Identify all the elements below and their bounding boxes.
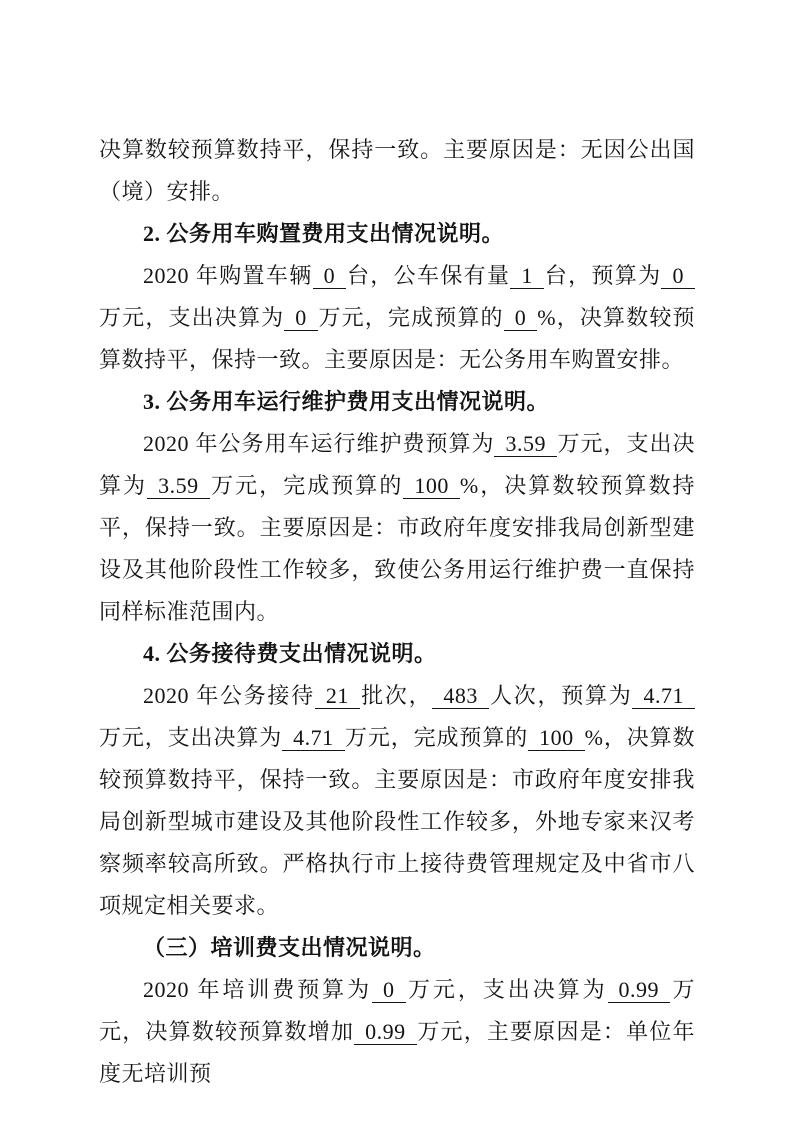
underlined-value: 100 <box>528 725 585 751</box>
underlined-value: 4.71 <box>282 725 345 751</box>
underlined-value: 3.59 <box>147 473 210 499</box>
underlined-value: 1 <box>510 263 544 289</box>
underlined-value: 0 <box>372 977 406 1003</box>
text-segment: 万元，支出决算为 <box>406 977 608 1002</box>
section-heading: 2. 公务用车购置费用支出情况说明。 <box>99 213 695 255</box>
text-segment: 万元，完成预算的 <box>318 305 504 330</box>
underlined-value: 3.59 <box>494 431 557 457</box>
section-heading: 3. 公务用车运行维护费用支出情况说明。 <box>99 381 695 423</box>
text-segment: （三）培训费支出情况说明。 <box>143 935 436 960</box>
underlined-value: 0 <box>661 263 695 289</box>
text-segment: 2020 年购置车辆 <box>143 263 313 288</box>
document-body: 决算数较预算数持平，保持一致。主要原因是：无因公出国（境）安排。2. 公务用车购… <box>99 129 695 1095</box>
text-segment: 台，公车保有量 <box>346 263 510 288</box>
body-paragraph: 2020 年公务用车运行维护费预算为3.59万元，支出决算为3.59万元，完成预… <box>99 423 695 633</box>
text-segment: 4. 公务接待费支出情况说明。 <box>143 641 437 666</box>
underlined-value: 21 <box>315 683 360 709</box>
text-segment: 万元，完成预算的 <box>210 473 404 498</box>
underlined-value: 100 <box>403 473 460 499</box>
text-segment: 人次，预算为 <box>489 683 633 708</box>
body-paragraph: 2020 年购置车辆0台，公车保有量1台，预算为0万元，支出决算为0万元，完成预… <box>99 255 695 381</box>
text-segment: 决算数较预算数持平，保持一致。主要原因是：无因公出国（境）安排。 <box>99 137 695 204</box>
text-segment: 2. 公务用车购置费用支出情况说明。 <box>143 221 504 246</box>
underlined-value: 0 <box>504 305 538 331</box>
underlined-value: 483 <box>432 683 489 709</box>
body-paragraph: 2020 年培训费预算为0万元，支出决算为0.99万元，决算数较预算数增加0.9… <box>99 969 695 1095</box>
text-segment: 2020 年公务用车运行维护费预算为 <box>143 431 494 456</box>
text-segment: %，决算数较预算数持平，保持一致。主要原因是：市政府年度安排我局创新型城市建设及… <box>99 725 695 918</box>
text-segment: 万元，完成预算的 <box>345 725 529 750</box>
text-segment: 万元，支出决算为 <box>99 305 284 330</box>
underlined-value: 0.99 <box>608 977 671 1003</box>
body-paragraph: 决算数较预算数持平，保持一致。主要原因是：无因公出国（境）安排。 <box>99 129 695 213</box>
text-segment: 万元，支出决算为 <box>99 725 282 750</box>
text-segment: 批次， <box>360 683 432 708</box>
text-segment: 2020 年培训费预算为 <box>143 977 372 1002</box>
underlined-value: 0 <box>284 305 318 331</box>
text-segment: 3. 公务用车运行维护费用支出情况说明。 <box>143 389 549 414</box>
underlined-value: 0.99 <box>354 1019 417 1045</box>
underlined-value: 4.71 <box>632 683 695 709</box>
underlined-value: 0 <box>313 263 347 289</box>
text-segment: 台，预算为 <box>544 263 662 288</box>
section-heading: 4. 公务接待费支出情况说明。 <box>99 633 695 675</box>
text-segment: 2020 年公务接待 <box>143 683 315 708</box>
body-paragraph: 2020 年公务接待21批次，483人次，预算为4.71万元，支出决算为4.71… <box>99 675 695 927</box>
section-heading: （三）培训费支出情况说明。 <box>99 927 695 969</box>
document-page: 决算数较预算数持平，保持一致。主要原因是：无因公出国（境）安排。2. 公务用车购… <box>0 0 793 1122</box>
